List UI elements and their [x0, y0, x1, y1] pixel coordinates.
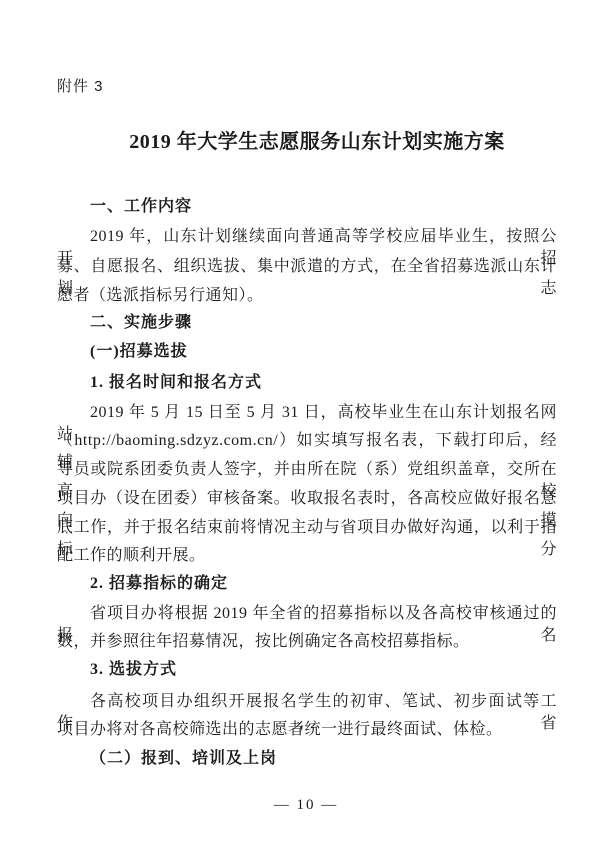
subsection-heading-2: （二）报到、培训及上岗 [57, 748, 557, 770]
section-heading-1: 一、工作内容 [57, 196, 557, 218]
attachment-label: 附件 3 [57, 76, 557, 98]
paragraph-line: 项目办将对各高校筛选出的志愿者统一进行最终面试、体检。 [57, 719, 557, 741]
document-title: 2019 年大学生志愿服务山东计划实施方案 [57, 131, 577, 153]
section-heading-2: 二、实施步骤 [57, 312, 557, 334]
paragraph-line: 配工作的顺利开展。 [57, 545, 557, 567]
document-page: 附件 3 2019 年大学生志愿服务山东计划实施方案 一、工作内容 2019 年… [0, 0, 612, 863]
paragraph-line: 数，并参照往年招募情况，按比例确定各高校招募指标。 [57, 631, 557, 653]
numbered-heading-2: 2. 招募指标的确定 [57, 573, 557, 595]
subsection-heading-1: (一)招募选拔 [57, 341, 557, 363]
paragraph-line: 愿者（选派指标另行通知）。 [57, 285, 557, 307]
page-number: — 10 — [0, 794, 612, 816]
numbered-heading-1: 1. 报名时间和报名方式 [57, 372, 557, 394]
numbered-heading-3: 3. 选拔方式 [57, 659, 557, 681]
